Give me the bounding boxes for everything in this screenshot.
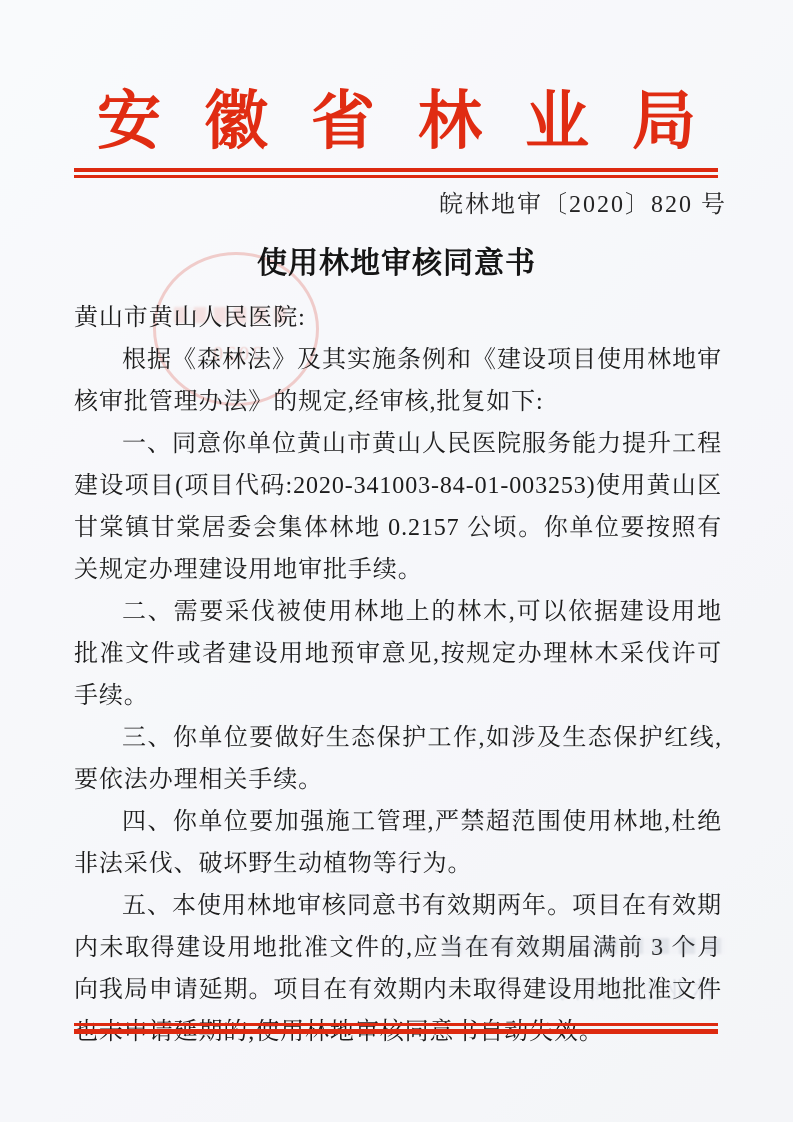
- doc-number: 皖林地审〔2020〕820 号: [439, 184, 727, 219]
- page-title: 使用林地审核同意书: [0, 238, 793, 282]
- document-body: 黄山市黄山人民医院: 根据《森林法》及其实施条例和《建设项目使用林地审核审批管理…: [74, 297, 722, 1053]
- paragraph-item-3: 三、你单位要做好生态保护工作,如涉及生态保护红线,要依法办理相关手续。: [74, 717, 722, 801]
- header-rule-thick: [74, 168, 718, 172]
- paragraph-item-1: 一、同意你单位黄山市黄山人民医院服务能力提升工程建设项目(项目代码:2020-3…: [74, 423, 722, 591]
- recipient-line: 黄山市黄山人民医院:: [74, 297, 722, 339]
- header-rule-thin: [74, 175, 718, 178]
- paragraph-item-4: 四、你单位要加强施工管理,严禁超范围使用林地,杜绝非法采伐、破坏野生动植物等行为…: [74, 801, 722, 885]
- document-page: 安徽省林业局 皖林地审〔2020〕820 号 2020 使用林地审核同意书 黄山…: [0, 0, 793, 1122]
- footer-rule-thick: [74, 1029, 718, 1034]
- footer-rule-thin: [74, 1023, 718, 1026]
- agency-name: 安徽省林业局: [0, 90, 793, 154]
- paragraph-basis: 根据《森林法》及其实施条例和《建设项目使用林地审核审批管理办法》的规定,经审核,…: [74, 339, 722, 423]
- paragraph-item-2: 二、需要采伐被使用林地上的林木,可以依据建设用地批准文件或者建设用地预审意见,按…: [74, 591, 722, 717]
- paragraph-item-5: 五、本使用林地审核同意书有效期两年。项目在有效期内未取得建设用地批准文件的,应当…: [74, 885, 722, 1053]
